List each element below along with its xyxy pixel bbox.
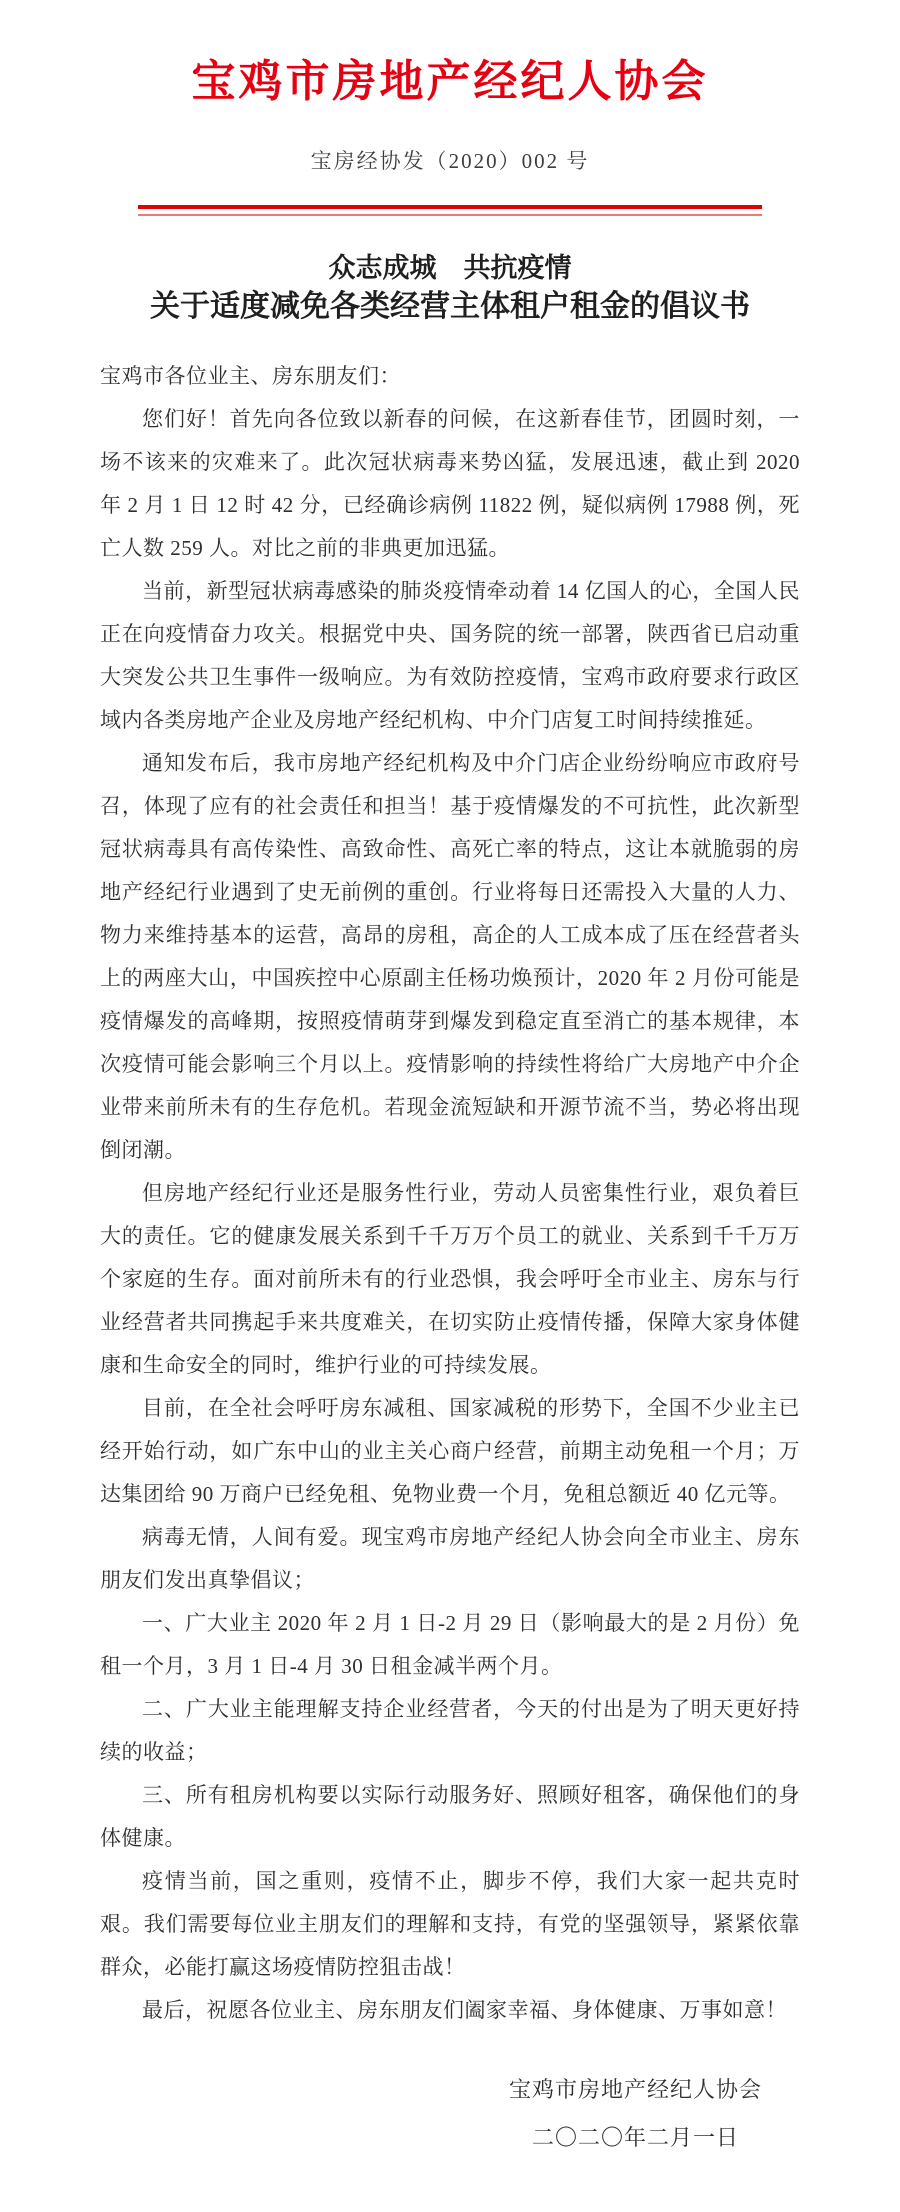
document-headline: 众志成城 共抗疫情 关于适度减免各类经营主体租户租金的倡议书 (100, 252, 800, 325)
body-paragraph: 但房地产经纪行业还是服务性行业，劳动人员密集性行业，艰负着巨大的责任。它的健康发… (100, 1172, 800, 1387)
body-paragraph: 目前，在全社会呼吁房东减租、国家减税的形势下，全国不少业主已经开始行动，如广东中… (100, 1387, 800, 1516)
proposal-item-2: 二、广大业主能理解支持企业经营者，今天的付出是为了明天更好持续的收益； (100, 1688, 800, 1774)
signature-block: 宝鸡市房地产经纪人协会 二〇二〇年二月一日 (100, 2076, 800, 2152)
document-body: 宝鸡市各位业主、房东朋友们： 您们好！首先向各位致以新春的问候，在这新春佳节，团… (100, 355, 800, 2032)
body-paragraph: 通知发布后，我市房地产经纪机构及中介门店企业纷纷响应市政府号召，体现了应有的社会… (100, 742, 800, 1172)
divider-thin-line (138, 214, 762, 216)
signature-org: 宝鸡市房地产经纪人协会 (509, 2076, 762, 2104)
document-page: 宝鸡市房地产经纪人协会 宝房经协发（2020）002 号 众志成城 共抗疫情 关… (0, 0, 900, 2212)
body-paragraph: 病毒无情，人间有爱。现宝鸡市房地产经纪人协会向全市业主、房东朋友们发出真挚倡议； (100, 1516, 800, 1602)
signature-inner: 宝鸡市房地产经纪人协会 二〇二〇年二月一日 (509, 2076, 762, 2152)
proposal-item-1: 一、广大业主 2020 年 2 月 1 日-2 月 29 日（影响最大的是 2 … (100, 1602, 800, 1688)
salutation: 宝鸡市各位业主、房东朋友们： (100, 355, 800, 398)
header-divider (138, 205, 762, 216)
body-paragraph: 最后，祝愿各位业主、房东朋友们阖家幸福、身体健康、万事如意！ (100, 1989, 800, 2032)
divider-thick-line (138, 205, 762, 209)
body-paragraph: 疫情当前，国之重则，疫情不止，脚步不停，我们大家一起共克时艰。我们需要每位业主朋… (100, 1860, 800, 1989)
proposal-item-3: 三、所有租房机构要以实际行动服务好、照顾好租客，确保他们的身体健康。 (100, 1774, 800, 1860)
body-paragraph: 您们好！首先向各位致以新春的问候，在这新春佳节，团圆时刻，一场不该来的灾难来了。… (100, 398, 800, 570)
headline-slogan: 众志成城 共抗疫情 (100, 252, 800, 284)
signature-date: 二〇二〇年二月一日 (509, 2124, 762, 2152)
doc-number: 宝房经协发（2020）002 号 (100, 148, 800, 174)
headline-subject: 关于适度减免各类经营主体租户租金的倡议书 (100, 289, 800, 325)
org-title: 宝鸡市房地产经纪人协会 (100, 58, 800, 106)
body-paragraph: 当前，新型冠状病毒感染的肺炎疫情牵动着 14 亿国人的心，全国人民正在向疫情奋力… (100, 570, 800, 742)
